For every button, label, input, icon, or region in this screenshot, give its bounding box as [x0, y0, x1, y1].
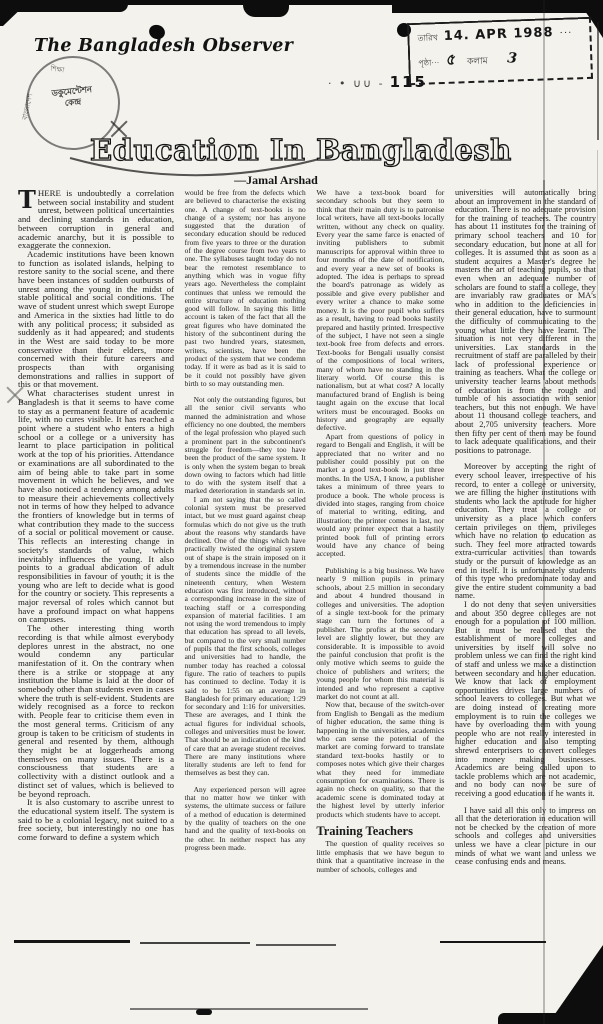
stamp-page-value: ৫: [443, 48, 457, 74]
article-paragraph: universities will automatically bring ab…: [455, 189, 596, 455]
article-paragraph: Now that, because of the switch-over fro…: [316, 701, 444, 819]
stamp-date-label: তারিখ: [417, 32, 438, 46]
section-heading: Training Teachers: [316, 827, 444, 835]
page-edge-line: [597, 22, 599, 140]
fold-crease-dark-lower: [542, 620, 545, 800]
file-number: 115: [390, 73, 427, 91]
article-paragraph: Publishing is a big business. We have ne…: [316, 567, 444, 702]
article-paragraph: What characterises student unrest in Ban…: [18, 389, 174, 624]
stamp-column-label: কলাম: [467, 53, 488, 69]
torn-edge-blob: [243, 0, 289, 17]
stamp-date-value: 14. APR 1988: [443, 25, 553, 44]
stamp-page-label: পৃষ্ঠা···: [418, 57, 439, 71]
torn-edge-top-right: [392, 0, 603, 13]
article-column-4: universities will automatically bring ab…: [455, 189, 596, 1021]
stamp-date-dots: ···: [559, 27, 572, 38]
article-paragraph: I am not saying that the so called colon…: [185, 496, 306, 778]
column-end-rule-3: [256, 944, 336, 946]
date-stamp-box: তারিখ 14. APR 1988 ··· পৃষ্ঠা··· ৫ কলাম …: [407, 17, 593, 85]
article-paragraph: THERE is undoubtedly a correlation betwe…: [18, 189, 174, 250]
article-paragraph: Moreover by accepting the right of every…: [455, 463, 596, 601]
article-end-rule: [440, 941, 546, 943]
article-paragraph: Any experienced person will agree that n…: [185, 786, 306, 852]
fold-crease-line: [543, 0, 545, 1024]
article-byline: —Jamal Arshad: [90, 173, 462, 188]
article-title: Education In Bangladesh: [90, 133, 462, 167]
fold-crease-dark-upper: [543, 180, 545, 380]
article-column-2: would be free from the defects which are…: [185, 189, 306, 1021]
article-paragraph: The other interesting thing worth record…: [18, 624, 174, 798]
article-paragraph: We have a text-book board for secondary …: [316, 189, 444, 433]
article-paragraph: I do not deny that seven universities an…: [455, 601, 596, 799]
article-body: THERE is undoubtedly a correlation betwe…: [18, 189, 596, 1021]
stamp-column-value: 3: [507, 50, 518, 67]
newspaper-masthead: The Bangladesh Observer: [34, 36, 293, 56]
page-edge-line-faint: [597, 150, 598, 410]
article-paragraph: I have said all this only to impress on …: [455, 807, 596, 867]
column-end-rule-1: [14, 940, 130, 943]
article-paragraph: Not only the outstanding figures, but al…: [185, 396, 306, 496]
drop-cap: T: [18, 189, 38, 209]
round-stamp-rim-top: শিক্ষা: [50, 63, 65, 77]
newspaper-scan-page: The Bangladesh Observer তারিখ 14. APR 19…: [0, 0, 603, 1024]
article-column-3: We have a text-book board for secondary …: [316, 189, 444, 1021]
article-column-1: THERE is undoubtedly a correlation betwe…: [18, 189, 174, 1021]
file-number-mark: · • ∪∪ - 115: [328, 72, 427, 91]
file-number-prefix: · • ∪∪ -: [328, 77, 385, 90]
round-stamp-center: ডকুমেন্টেশন কেন্দ্র: [30, 82, 114, 112]
torn-corner-top-left: [0, 0, 30, 26]
bottom-edge-rule: [130, 1008, 368, 1010]
article-paragraph: would be free from the defects which are…: [185, 189, 306, 388]
article-paragraph: Apart from questions of policy in regard…: [316, 433, 444, 559]
column-end-rule-2: [140, 942, 250, 944]
article-paragraph: The question of quality receives so litt…: [316, 840, 444, 874]
article-paragraph: Academic institutions have been known to…: [18, 250, 174, 389]
article-paragraph: It is also customary to ascribe unrest t…: [18, 798, 174, 842]
